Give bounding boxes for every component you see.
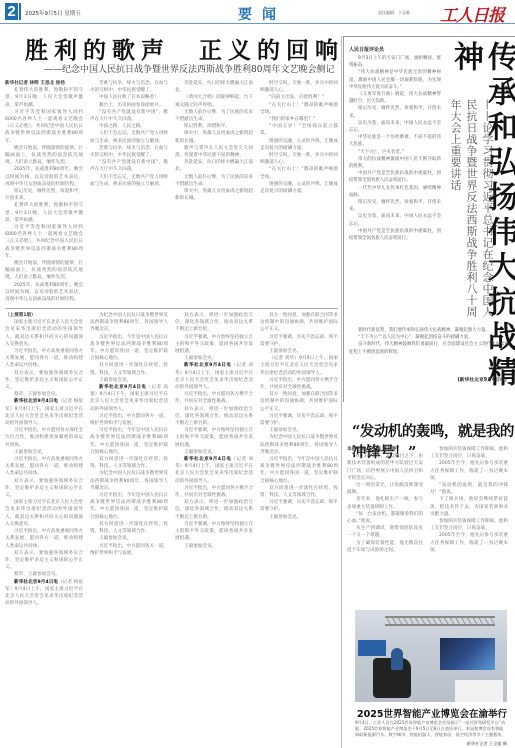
lead-column-2: 苦难与抗争，烽火与信念。在血与火的交织中，中华民族觉醒了。 中国人民打败了日本侵… bbox=[90, 80, 168, 302]
paragraph: 王毅参加会见。 bbox=[90, 535, 168, 542]
commentary-label: 人民日报评论员 bbox=[349, 46, 384, 53]
paragraph: 无数人前仆后继，为了民族的未来不惜献出生命。 bbox=[175, 174, 253, 188]
paragraph: “在太行山上！”激昂的歌声响彻全场。 bbox=[260, 102, 338, 116]
paragraph: 习近平指出，今年是中国人民抗日战争暨世界反法西斯战争胜利80周年。中方愿同各国一… bbox=[90, 427, 168, 456]
paragraph: 中华民族是一个历经磨难、不屈不挠的伟大民族。 bbox=[349, 134, 441, 148]
paragraph: “天下为公”“以人民为中心”，凝聚起团结奋斗的磅礴力量。 bbox=[349, 334, 509, 341]
paragraph: 下了阅兵场，他说会继续带好徒弟，把技术传下去，为国家装备事业贡献力量。 bbox=[430, 496, 508, 518]
paragraph: 铭记历史，缅怀先烈，珍爱和平，开创未来。 bbox=[349, 199, 441, 213]
section-divider bbox=[5, 308, 338, 309]
paragraph: 为纪念中国人民抗日战争暨世界反法西斯战争胜利80周年，各国领导人齐聚北京。 bbox=[90, 312, 168, 334]
paragraph: 2025年，抗战胜利80周年。晚会以时间为线，以史诗般的艺术表达，再现中华儿女浴… bbox=[5, 166, 83, 188]
paragraph: 双方表示，将进一步加强政治互信，深化各领域合作，推动双边关系不断迈上新台阶。 bbox=[175, 406, 253, 428]
paragraph: 铭记历史，缅怀先烈，珍爱和平，开创未来。 bbox=[5, 188, 83, 202]
paragraph: 2005年至今，他先后参与多次重大任务保障工作，练就了一身过硬本领。 bbox=[430, 460, 508, 482]
paragraph: “向前方出发，向着胜利！” bbox=[260, 94, 338, 101]
commentary-text-upper: 9月3日上午的天安门广场，旗帜飘扬，群情振奋。 “伟大抗战精神是中华民族宝贵的精… bbox=[349, 55, 441, 325]
paragraph: 双方表示，将进一步加强政治互信，深化各领域合作，推动双边关系不断迈上新台阶。 bbox=[175, 312, 253, 334]
paragraph: 这一刻的荣光，让高级技师深受鼓舞。 bbox=[347, 482, 423, 496]
commentary-text-lower: 新时代新征程，我们要传承和弘扬伟大抗战精神，凝聚起强大力量。 “天下为公”“以人… bbox=[349, 327, 509, 375]
paragraph: 9月3日上午的天安门广场，旗帜飘扬，群情振奋。 bbox=[349, 55, 441, 69]
paragraph: 王毅参加会见。 bbox=[260, 427, 338, 434]
paragraph: 从生产到调试，他带领团队攻克一个又一个难题。 bbox=[347, 525, 423, 539]
paragraph: 人们不会忘记，无数共产党人用鲜血与生命，换来民族的独立与解放。 bbox=[90, 130, 168, 144]
continued-from-label: （上接第1版） bbox=[5, 312, 83, 319]
paragraph: 习近平指出，中方愿同各方携手合作，共同应对全球性挑战。 bbox=[260, 377, 338, 391]
paragraph: 情感的交融，心灵的共鸣，汇聚成走向复兴的磅礴力量。 bbox=[260, 181, 338, 195]
paragraph: 双方同意进一步深化在经贸、投资、科技、人文等领域合作。 bbox=[90, 456, 168, 470]
paragraph: 习近平强调，中方始终坚持独立自主的和平外交政策，愿同各国共享发展机遇。 bbox=[175, 334, 253, 356]
paragraph: 习近平指出，中方愿同各方携手合作，共同应对全球性挑战。 bbox=[175, 485, 253, 499]
paragraph: 烽火中，英雄儿女用血肉之躯筑起新的长城。 bbox=[175, 130, 253, 144]
lead-column-1: 新华社记者 林晖 王思北 徐扬 礼赞伟大的胜利，致敬和平的守望。9月3日晚，人民… bbox=[5, 80, 83, 302]
paragraph: 习近平指出，今年是中国人民抗日战争暨世界反法西斯战争胜利80周年。中方愿同各国一… bbox=[90, 334, 168, 363]
paragraph: 王毅参加会见。 bbox=[5, 449, 83, 456]
masthead: 2 2025年9月5日 星期五 要闻 责任编辑：于灵歌 工人日报 bbox=[0, 0, 515, 24]
commentary-box: 人民日报评论员 传承和弘扬伟大抗战精神 ——论学习贯彻习近平总书记在纪念中国人民… bbox=[343, 36, 515, 402]
paragraph: 苦难与抗争，烽火与信念。在血与火的交织中，中华民族觉醒了。 bbox=[90, 145, 168, 159]
paragraph: （记者 刘华）9月4日上午，国家主席习近平在北京人民大会堂会见来华出席纪念活动的… bbox=[260, 355, 338, 377]
paragraph: “我们的家乡在哪里？” bbox=[260, 116, 338, 123]
paragraph: 国家主席习近平在北京人民大会堂会见来华出席纪念活动的外国领导人，就双边关系和共同… bbox=[5, 499, 83, 528]
paragraph: 中国共产党是全民族抗战的中流砥柱，团结带领全国各族人民奋勇前行。 bbox=[349, 228, 441, 242]
paragraph: 人们不会忘记，无数共产党人用鲜血与生命，换来民族的独立与解放。 bbox=[90, 174, 168, 188]
photo-screen bbox=[440, 638, 495, 670]
feature-column-2: 参加阅兵装备保障工作期间，他和工友们坚守岗位，日夜奋战。 2005年至今，他先后… bbox=[430, 446, 508, 604]
photo-counter bbox=[455, 680, 503, 702]
paragraph: “每一台发动机，都凝聚着我们的心血。”他说。 bbox=[347, 511, 423, 525]
paragraph: 2025年，抗战胜利80周年。晚会以时间为线，以史诗般的艺术表达，再现中华儿女浴… bbox=[5, 282, 83, 302]
paragraph: 烽火中，英雄儿女用血肉之躯筑起新的长城。 bbox=[175, 188, 253, 202]
paragraph: 奋斗新时代，伟大精神鼓舞我们勇毅前行，在全面建设社会主义现代化国家新征程上不断创… bbox=[349, 341, 509, 355]
expo-photo bbox=[355, 610, 507, 702]
paragraph: 王毅参加会见。 bbox=[260, 514, 338, 521]
page-number-bar bbox=[19, 3, 21, 20]
paragraph: 无数人前仆后继，为了民族的未来不惜献出生命。 bbox=[175, 109, 253, 123]
paragraph: “在太行山上！”激昂的歌声响彻全场。 bbox=[260, 166, 338, 180]
paragraph: 为纪念中国人民抗日战争暨世界反法西斯战争胜利80周年，各国领导人齐聚北京。 bbox=[90, 470, 168, 492]
paragraph: 习近平指出，今年是中国人民抗日战争暨世界反法西斯战争胜利80周年。中方愿同各国一… bbox=[90, 492, 168, 521]
paragraph: 习近平指出，今年是中国人民抗日战争暨世界反法西斯战争胜利80周年。中方愿同各国一… bbox=[260, 456, 338, 485]
paragraph: 晚会开始前，伴随深情的旋律，巨幅画面上，抗战英烈的面容依次展现，人们肃立默哀，缅… bbox=[5, 145, 83, 167]
paragraph: 一代代中华儿女传承红色基因，赓续精神血脉。 bbox=[349, 185, 441, 199]
page-number: 2 bbox=[5, 3, 18, 20]
paragraph: 中国之路，人民之路。 bbox=[90, 123, 168, 130]
lead-byline: 新华社记者 林晖 王思北 徐扬 bbox=[5, 80, 83, 87]
paragraph: 2005年至今，他先后参与多次重大任务保障工作，练就了一身过硬本领。 bbox=[430, 532, 508, 554]
paragraph: 晚会开始前，伴随深情的旋律，巨幅画面上，抗战英烈的面容依次展现，人们肃立默哀，缅… bbox=[5, 260, 83, 282]
paragraph: 多年来，他扎根生产一线，参与多项重大装备研制工作。 bbox=[347, 496, 423, 510]
paragraph: 9月3日上午，万众瞩目之下，由新技术装备组成的装甲方队驶过天安门广场，向世界展示… bbox=[347, 453, 423, 482]
paragraph: 习近平指出，中方愿同各方一道，维护世界和平与发展。 bbox=[90, 543, 168, 557]
paragraph: 铭记胜利，珍惜和平。 bbox=[175, 123, 253, 130]
paragraph: 中国共产党是全民族抗战的中流砥柱，团结带领全国各族人民奋勇前行。 bbox=[349, 170, 441, 184]
paragraph: 奔赴延安，抗日的烽火燃遍大江南北。 bbox=[175, 80, 253, 94]
paragraph: 舞台上，历史的画卷徐徐展开。 bbox=[90, 102, 168, 109]
section-title: 要闻 bbox=[238, 4, 286, 24]
paragraph: 以史为鉴，面向未来，中国人民永远不会忘记。 bbox=[349, 213, 441, 227]
paragraph: 王毅参加会见。 bbox=[175, 449, 253, 456]
paragraph: 礼赞伟大的胜利，致敬和平的守望。9月3日晚，人民大会堂歌声激昂、掌声如潮。 bbox=[5, 202, 83, 224]
paragraph: “没有共产党就没有新中国”，歌声在大厅中久久回荡。 bbox=[90, 159, 168, 173]
photo-truss bbox=[385, 616, 495, 626]
paragraph: 苦难与抗争，烽火与信念。在血与火的交织中，中华民族觉醒了。 bbox=[90, 80, 168, 94]
paragraph: 时空交织，天地一新，岁月中的回响激荡人心。 bbox=[260, 152, 338, 166]
paragraph: 习近平强调，中方始终坚持独立自主的和平外交政策，愿同各国共享发展机遇。 bbox=[175, 427, 253, 449]
paragraph: 双方表示，将进一步加强政治互信，深化各领域合作，推动双边关系不断迈上新台阶。 bbox=[175, 499, 253, 521]
paragraph: 习近平指出，中方高度重视同各方关系发展，愿同各方一道，推动构建人类命运共同体。 bbox=[5, 456, 83, 478]
paragraph: 习近平指出，中方愿同各方携手合作，共同应对全球性挑战。 bbox=[175, 391, 253, 405]
paragraph: 习近平强调，历史不容忘却，和平需要守护。 bbox=[260, 413, 338, 427]
paragraph: “没有共产党就没有新中国”，歌声在大厅中久久回荡。 bbox=[90, 109, 168, 123]
paragraph: 为纪念中国人民抗日战争暨世界反法西斯战争胜利80周年，各国领导人齐聚北京。 bbox=[260, 434, 338, 456]
lead-column-4: 时空交织，天地一新，岁月中的回响激荡人心。 “向前方出发，向着胜利！” “在太行… bbox=[260, 80, 338, 302]
paragraph: 习近平指出，中方高度重视同各方关系发展，愿同各方一道，推动构建人类命运共同体。 bbox=[5, 528, 83, 550]
paragraph: 新时代新征程，我们要传承和弘扬伟大抗战精神，凝聚起强大力量。 bbox=[349, 327, 509, 334]
paragraph: 《义勇军进行曲》响起，伟大抗战精神穿越时空，历久弥新。 bbox=[349, 91, 441, 105]
editor-credit: 责任编辑：于灵歌 bbox=[378, 10, 410, 16]
paragraph: 双方表示，要加强各领域务实合作，坚定维护多边主义和国际公平正义。 bbox=[5, 370, 83, 392]
paragraph: “伟大抗战精神是中华民族宝贵的精神财富，激励中国人民克服一切艰难险阻，为实现中华… bbox=[349, 69, 441, 91]
paragraph: 歌声与掌声在人民大会堂久久回荡，传递着中华民族不屈的精神。 bbox=[175, 145, 253, 159]
paragraph: 中国人民打败了日本侵略者！ bbox=[90, 94, 168, 101]
lower-column-3: 双方表示，将进一步加强政治互信，深化各领域合作，推动双边关系不断迈上新台阶。 习… bbox=[175, 312, 253, 744]
paragraph: 双方同意进一步深化在经贸、投资、科技、人文等领域合作。 bbox=[90, 521, 168, 535]
issue-date: 2025年9月5日 星期五 bbox=[25, 9, 81, 17]
photo-person bbox=[391, 648, 403, 670]
paragraph: 习近平强调，中方始终坚持独立自主的和平外交政策，愿同各国共享发展机遇。 bbox=[175, 521, 253, 543]
paragraph: 蔡奇、王毅参加会见。 bbox=[5, 391, 83, 398]
lower-column-1: （上接第1版） 国家主席习近平在北京人民大会堂会见来华出席纪念活动的外国领导人，… bbox=[5, 312, 83, 744]
paragraph: 双方同意进一步深化在经贸、投资、科技、人文等领域合作。 bbox=[260, 485, 338, 499]
lower-column-4: 双方一致同意，加强在联合国等多边机制中的沟通协调，共同维护国际公平正义。 习近平… bbox=[260, 312, 338, 744]
paragraph: 习近平等党和国家领导人同约6000名各界人士一起观看文艺晚会《正义必胜》，共同纪… bbox=[5, 224, 83, 260]
paragraph: 时空交织，天地一新，岁月中的回响激荡人心。 bbox=[260, 80, 338, 94]
dateline: 新华社北京9月4日电 bbox=[99, 385, 146, 390]
paragraph: 情感的交融，心灵的共鸣，汇聚成走向复兴的磅礴力量。 bbox=[260, 138, 338, 152]
commentary-subheadline: ——论学习贯彻习近平总书记在纪念中国人民抗日战争暨世界反法西斯战争胜利八十周年大… bbox=[447, 99, 495, 319]
paragraph: 双方表示，要加强各领域务实合作，坚定维护多边主义和国际公平正义。 bbox=[5, 550, 83, 572]
lead-column-3: 奔赴延安，抗日的烽火燃遍大江南北。 《黄河大合唱》的旋律响起，台下观众随之轻声哼… bbox=[175, 80, 253, 302]
paragraph: “天下兴亡，匹夫有责。” bbox=[349, 149, 441, 156]
paragraph: 双方表示，要加强各领域务实合作，坚定维护多边主义和国际公平正义。 bbox=[5, 478, 83, 500]
photo-credit: 新华社记者 王全超 摄 bbox=[467, 741, 507, 747]
commentary-source: (新华社北京9月4日电) bbox=[458, 376, 507, 383]
lead-article-title: 胜利的歌声 正义的回响 bbox=[25, 32, 344, 65]
paragraph: 双方一致同意，加强在联合国等多边机制中的沟通协调，共同维护国际公平正义。 bbox=[260, 312, 338, 334]
lead-article-subtitle: ——纪念中国人民抗日战争暨世界反法西斯战争胜利80周年文艺晚会侧记 bbox=[44, 62, 334, 75]
paragraph: 双方一致同意，加强在联合国等多边机制中的沟通协调，共同维护国际公平正义。 bbox=[260, 391, 338, 413]
photo-banner bbox=[358, 640, 386, 656]
paragraph: 习近平强调，历史不容忘却，和平需要守护。 bbox=[260, 334, 338, 348]
dateline: 新华社北京9月4日电 bbox=[184, 457, 231, 462]
dateline: 新华社北京9月4日电 bbox=[184, 363, 231, 368]
dateline: 新华社北京9月4日电 bbox=[14, 399, 58, 404]
paragraph: 参加阅兵装备保障工作期间，他和工友们坚守岗位，日夜奋战。 bbox=[430, 518, 508, 532]
photo-caption: 9月4日，工作人员在2025世界智能产业博览会会场展示“一站式智驾研发平台”功能… bbox=[355, 720, 507, 738]
newspaper-logo: 工人日报 bbox=[440, 1, 504, 26]
column-divider bbox=[341, 36, 342, 748]
paragraph: 王毅参加会见。 bbox=[175, 543, 253, 550]
photo-title: 2025世界智能产业博览会在渝举行 bbox=[357, 706, 507, 720]
paragraph: 习近平指出，中方愿同各方一道，维护世界和平与发展。 bbox=[90, 413, 168, 427]
paragraph: 王毅参加会见。 bbox=[175, 355, 253, 362]
paragraph: 习近平强调，历史不容忘却，和平需要守护。 bbox=[260, 499, 338, 513]
lower-column-2: 为纪念中国人民抗日战争暨世界反法西斯战争胜利80周年，各国领导人齐聚北京。 习近… bbox=[90, 312, 168, 744]
paragraph: 以史为鉴，面向未来，中国人民永远不会忘记。 bbox=[349, 120, 441, 134]
paragraph: 国家主席习近平在北京人民大会堂会见来华出席纪念活动的外国领导人，就双边关系和共同… bbox=[5, 319, 83, 348]
paragraph: 习近平指出，中方高度重视同各方关系发展，愿同各方一道，推动构建人类命运共同体。 bbox=[5, 348, 83, 370]
paragraph: “发动机的轰鸣，就是我的冲锋号！”他说。 bbox=[430, 482, 508, 496]
paragraph: 蔡奇、王毅参加会见。 bbox=[5, 571, 83, 578]
paragraph: 伟大的抗战精神激励中国人民不断夺取新的胜利。 bbox=[349, 156, 441, 170]
paragraph: 习近平等党和国家领导人同约6000名各界人士一起观看文艺晚会《正义必胜》，共同纪… bbox=[5, 109, 83, 145]
paragraph: 《黄河大合唱》的旋律响起，台下观众随之轻声哼唱。 bbox=[175, 94, 253, 108]
paragraph: 王毅参加会见。 bbox=[90, 377, 168, 384]
paragraph: 铭记历史，缅怀先烈，珍爱和平，开创未来。 bbox=[349, 105, 441, 119]
feature-byline: 本报记者 王冬梅 窦菲涛 bbox=[347, 446, 423, 453]
paragraph: 为了确保装备性能，他无数次往返于车间与试验场之间。 bbox=[347, 540, 423, 554]
paragraph: 奔赴延安，抗日的烽火燃遍大江南北。 bbox=[175, 159, 253, 173]
feature-column-1: 本报记者 王冬梅 窦菲涛 9月3日上午，万众瞩目之下，由新技术装备组成的装甲方队… bbox=[347, 446, 423, 604]
paragraph: 参加阅兵装备保障工作期间，他和工友们坚守岗位，日夜奋战。 bbox=[430, 446, 508, 460]
paragraph: “中国万岁！”全场观众起立鼓掌。 bbox=[260, 123, 338, 137]
paragraph: 双方同意进一步深化在经贸、投资、科技、人文等领域合作。 bbox=[90, 362, 168, 376]
paragraph: 习近平指出，中方愿同各方深化全方位合作，推动构建更加紧密的命运共同体。 bbox=[5, 427, 83, 449]
dateline: 新华社北京9月4日电 bbox=[14, 580, 58, 585]
paragraph: 王毅参加会见。 bbox=[260, 348, 338, 355]
paragraph: 礼赞伟大的胜利，致敬和平的守望。9月3日晚，人民大会堂歌声激昂、掌声如潮。 bbox=[5, 87, 83, 109]
